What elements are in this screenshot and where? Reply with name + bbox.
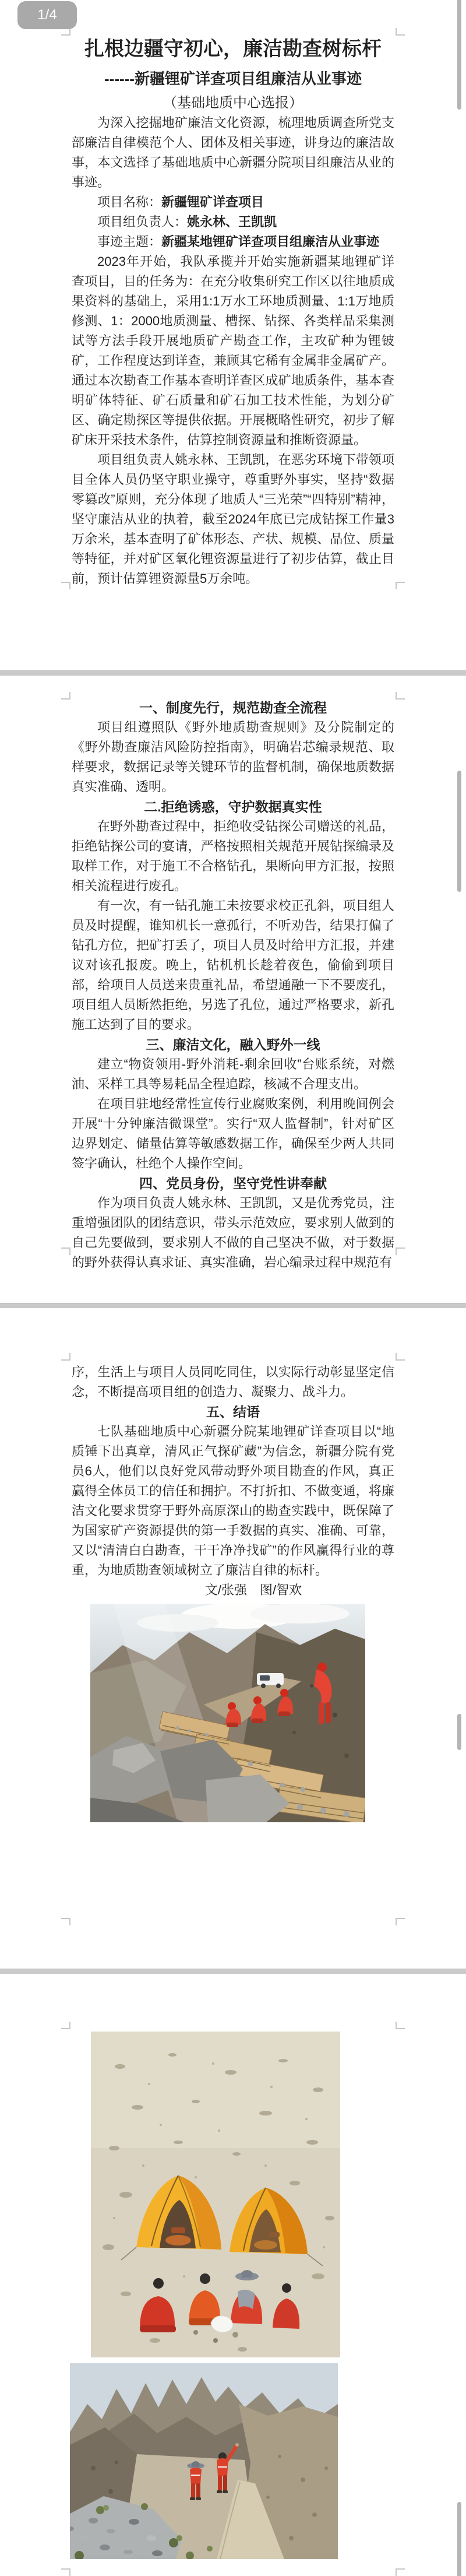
section-4-continuation: 序，生活上与项目人员同吃同住，以实际行动彰显坚定信念，不断提高项目组的创造力、凝… [72, 1362, 394, 1402]
deed-theme-value: 新疆某地锂矿详查项目组廉洁从业事迹 [161, 234, 379, 249]
p3-corner-bottom-right [396, 1918, 405, 1925]
scrollbar-thumb-top[interactable] [457, 0, 461, 110]
p1-corner-bottom-right [396, 582, 405, 589]
section-3-heading: 三、廉洁文化，融入野外一线 [72, 1035, 394, 1055]
p4-corner-top-left [61, 2022, 70, 2029]
project-leader-field: 项目组负责人：姚永林、王凯凯 [72, 212, 394, 232]
section-1-paragraph: 项目组遵照队《野外地质勘查规则》及分院制定的《野外勘查廉洁风险防控指南》，明确岩… [72, 718, 394, 797]
project-leader-label: 项目组负责人： [97, 215, 187, 229]
section-5-paragraph: 七队基础地质中心新疆分院某地锂矿详查项目以“地质锤下出真章，清风正气探矿藏”为信… [72, 1422, 394, 1580]
document-page-2: 一、制度先行，规范勘查全流程 项目组遵照队《野外地质勘查规则》及分院制定的《野外… [0, 676, 466, 1303]
page-break-1 [0, 670, 466, 676]
document-subtitle: ------新疆锂矿详查项目组廉洁从业事迹 [72, 69, 394, 89]
photo-canyon-survey-image [70, 2363, 338, 2559]
p2-corner-bottom-right [396, 1247, 405, 1255]
deed-theme-label: 事迹主题： [97, 234, 161, 249]
scrollbar-thumb-lower[interactable] [457, 1714, 461, 1750]
page-break-3 [0, 1969, 466, 1974]
section-2-heading: 二.拒绝诱惑，守护数据真实性 [72, 797, 394, 817]
section-4-heading: 四、党员身份，坚守党性讲奉献 [72, 1173, 394, 1193]
section-1-heading: 一、制度先行，规范勘查全流程 [72, 698, 394, 718]
project-name-field: 项目名称：新疆锂矿详查项目 [72, 192, 394, 212]
project-leader-value: 姚永林、王凯凯 [187, 215, 277, 229]
photo-camp-tents-image [91, 2032, 340, 2357]
p2-corner-top-left [61, 692, 70, 700]
p1-corner-bottom-left [61, 582, 70, 589]
page-break-2 [0, 1303, 466, 1308]
section-3-paragraph-2: 在项目驻地经常性宣传行业腐败案例，利用晚间例会开展“十分钟廉洁微课堂”。实行“双… [72, 1094, 394, 1173]
project-name-value: 新疆锂矿详查项目 [161, 195, 264, 209]
section-4-paragraph: 作为项目负责人姚永林、王凯凯，又是优秀党员，注重增强团队的团结意识，带头示范效应… [72, 1193, 394, 1273]
task-paragraph: 2023年开始，我队承揽并开始实施新疆某地锂矿详查项目，目的任务为：在充分收集研… [72, 252, 394, 450]
byline: 文/张强 图/智欢 [72, 1580, 394, 1600]
p1-corner-top-right [396, 28, 405, 36]
photo-core-logging-image [90, 1604, 365, 1822]
p3-corner-top-left [61, 1353, 70, 1361]
p4-corner-top-right [396, 2022, 405, 2029]
results-paragraph: 项目组负责人姚永林、王凯凯，在恶劣环境下带领项目全体人员仍坚守职业操守，尊重野外… [72, 450, 394, 589]
page-indicator-badge: 1/4 [17, 1, 77, 29]
document-viewer: { "viewer": { "page_indicator": "1/4", "… [0, 0, 466, 2576]
deed-theme-field: 事迹主题：新疆某地锂矿详查项目组廉洁从业事迹 [72, 232, 394, 252]
p3-corner-top-right [396, 1353, 405, 1361]
source-line: （基础地质中心选报） [72, 93, 394, 113]
project-name-label: 项目名称： [97, 195, 161, 209]
document-title: 扎根边疆守初心，廉洁勘查树标杆 [72, 36, 394, 62]
intro-paragraph: 为深入挖掘地矿廉洁文化资源，梳理地质调查所党支部廉洁自律模范个人、团体及相关事迹… [72, 113, 394, 192]
section-3-paragraph-1: 建立“物资领用-野外消耗-剩余回收”台账系统，对燃油、采样工具等易耗品全程追踪，… [72, 1055, 394, 1094]
p2-corner-top-right [396, 692, 405, 700]
section-5-heading: 五、结语 [72, 1402, 394, 1422]
p2-corner-bottom-left [61, 1247, 70, 1255]
scrollbar-thumb-bottom[interactable] [457, 2502, 461, 2576]
p4-corner-bottom-right [396, 2568, 405, 2576]
section-2-paragraph-2: 有一次，有一钻孔施工未按要求校正孔斜，项目组人员及时提醒，谁知机长一意孤行，不听… [72, 896, 394, 1035]
section-2-paragraph-1: 在野外勘查过程中，拒绝收受钻探公司赠送的礼品，拒绝钻探公司的宴请，严格按照相关规… [72, 817, 394, 896]
scrollbar-thumb-middle[interactable] [457, 771, 461, 892]
p4-corner-bottom-left [61, 2568, 70, 2576]
p3-corner-bottom-left [61, 1918, 70, 1925]
document-page-1: 扎根边疆守初心，廉洁勘查树标杆 ------新疆锂矿详查项目组廉洁从业事迹 （基… [0, 0, 466, 670]
